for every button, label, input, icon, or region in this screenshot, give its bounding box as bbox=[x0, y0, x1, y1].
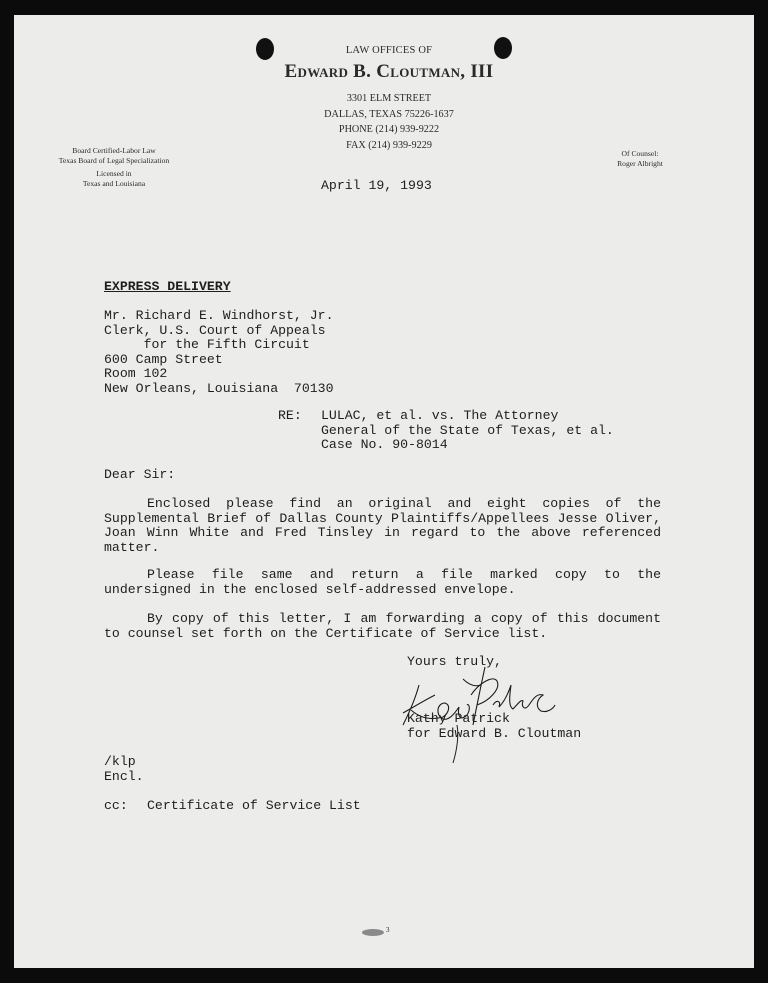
union-bug-number: 3 bbox=[386, 926, 390, 934]
letterhead-right-notes: Of Counsel: Roger Albright bbox=[600, 149, 680, 168]
fax-line: FAX (214) 939-9229 bbox=[254, 138, 524, 154]
delivery-method: EXPRESS DELIVERY bbox=[104, 280, 231, 295]
recipient-block: Mr. Richard E. Windhorst, Jr. Clerk, U.S… bbox=[104, 309, 334, 397]
signature bbox=[397, 655, 557, 765]
body-paragraph: By copy of this letter, I am forwarding … bbox=[104, 612, 661, 641]
recipient-street: 600 Camp Street bbox=[104, 353, 334, 368]
firm-address: 3301 ELM STREET DALLAS, TEXAS 75226-1637… bbox=[254, 91, 524, 153]
recipient-title: Clerk, U.S. Court of Appeals bbox=[104, 324, 334, 339]
firm-label: LAW OFFICES OF bbox=[254, 45, 524, 56]
letter-page: LAW OFFICES OF Edward B. Cloutman, III 3… bbox=[14, 15, 754, 968]
license-line: Texas and Louisiana bbox=[54, 179, 174, 189]
recipient-name: Mr. Richard E. Windhorst, Jr. bbox=[104, 309, 334, 324]
cc-label: cc: bbox=[104, 799, 128, 814]
letter-date: April 19, 1993 bbox=[321, 179, 432, 194]
re-line: General of the State of Texas, et al. bbox=[321, 424, 614, 439]
body-paragraph: Enclosed please find an original and eig… bbox=[104, 497, 661, 555]
of-counsel-label: Of Counsel: bbox=[600, 149, 680, 159]
body-paragraph: Please file same and return a file marke… bbox=[104, 568, 661, 597]
enclosure-note: Encl. bbox=[104, 770, 144, 785]
license-line: Licensed in bbox=[54, 169, 174, 179]
salutation: Dear Sir: bbox=[104, 468, 175, 483]
certification-line: Texas Board of Legal Specialization bbox=[54, 156, 174, 166]
firm-name: Edward B. Cloutman, III bbox=[214, 61, 564, 83]
phone-line: PHONE (214) 939-9222 bbox=[254, 122, 524, 138]
of-counsel-name: Roger Albright bbox=[600, 159, 680, 169]
union-bug-icon bbox=[362, 929, 384, 936]
recipient-title-cont: for the Fifth Circuit bbox=[104, 338, 334, 353]
certification-line: Board Certified-Labor Law bbox=[54, 146, 174, 156]
letterhead-left-notes: Board Certified-Labor Law Texas Board of… bbox=[54, 146, 174, 188]
re-label: RE: bbox=[278, 409, 302, 424]
recipient-room: Room 102 bbox=[104, 367, 334, 382]
signer-on-behalf: for Edward B. Cloutman bbox=[407, 727, 581, 742]
re-line: LULAC, et al. vs. The Attorney bbox=[321, 409, 614, 424]
signer-name: Kathy Patrick bbox=[407, 712, 510, 727]
re-block: LULAC, et al. vs. The Attorney General o… bbox=[321, 409, 614, 453]
address-line: 3301 ELM STREET bbox=[254, 91, 524, 107]
cc-value: Certificate of Service List bbox=[147, 799, 361, 814]
address-line: DALLAS, TEXAS 75226-1637 bbox=[254, 107, 524, 123]
case-number: Case No. 90-8014 bbox=[321, 438, 614, 453]
typist-initials: /klp bbox=[104, 755, 136, 770]
recipient-city: New Orleans, Louisiana 70130 bbox=[104, 382, 334, 397]
